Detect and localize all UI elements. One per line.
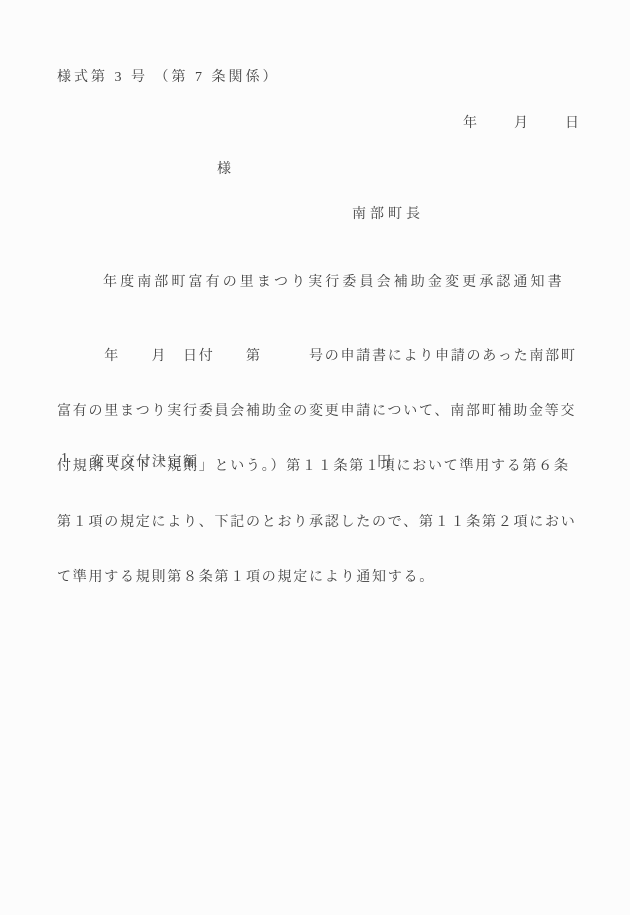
- form-number: 様式第 3 号 （第 7 条関係）: [57, 66, 280, 86]
- body-line: 第１項の規定により、下記のとおり承認したので、第１１条第２項におい: [57, 511, 597, 534]
- recipient-honorific: 様: [217, 158, 233, 178]
- body-line: て準用する規則第８条第１項の規定により通知する。: [57, 566, 597, 589]
- notice-document-page: 様式第 3 号 （第 7 条関係） 年 月 日 様 南部町長 年度南部町富有の里…: [0, 0, 630, 915]
- sender-name-blank: [430, 203, 570, 221]
- document-title: 年度南部町富有の里まつり実行委員会補助金変更承認通知書: [103, 271, 565, 291]
- sender-row: 南部町長: [0, 203, 630, 223]
- recipient-row: 様: [0, 158, 630, 178]
- item-number: 1: [61, 451, 70, 467]
- item-row-1: 1 変更交付決定額 円: [0, 451, 630, 473]
- item-label: 変更交付決定額: [90, 451, 199, 471]
- item-unit: 円: [377, 451, 393, 471]
- recipient-name-blank: [57, 158, 212, 176]
- issue-date-line: 年 月 日: [463, 112, 582, 132]
- body-line: 年 月 日付 第 号の申請書により申請のあった南部町: [57, 345, 597, 368]
- item-amount-blank: [210, 451, 370, 469]
- body-line: 富有の里まつり実行委員会補助金の変更申請について、南部町補助金等交: [57, 400, 597, 423]
- sender-title: 南部町長: [352, 203, 424, 223]
